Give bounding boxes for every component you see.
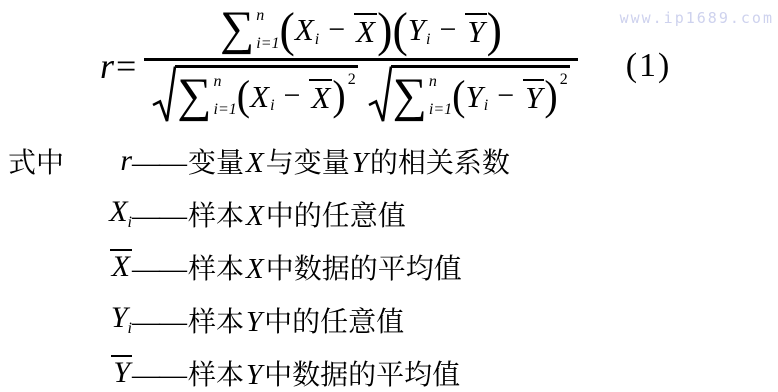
desc-part: 中数据的平均值 [266, 254, 462, 285]
subscript-i: i [315, 31, 319, 49]
variable-y: Y [408, 14, 425, 45]
desc-part: 样本 [188, 201, 244, 232]
desc-variable: X [244, 147, 266, 179]
desc-part: 中数据的平均值 [264, 360, 460, 391]
subscript-i: i [484, 97, 488, 115]
legend-desc: ——样本X中的任意值 [132, 194, 406, 234]
radical-sign-icon [152, 65, 176, 125]
desc-text: 样本X中的任意值 [188, 201, 406, 232]
desc-variable: Y [244, 306, 264, 338]
squared-deviation-y: ( Yi − Y ) 2 [452, 79, 568, 113]
legend-symbol: Yi [111, 301, 132, 338]
summation: ∑ n i=1 [177, 74, 236, 118]
variable-r: r [100, 45, 114, 87]
variable-x: X [356, 14, 375, 49]
desc-part: 与变量 [266, 148, 350, 179]
sigma-symbol: ∑ [177, 75, 211, 117]
legend-dash: —— [132, 148, 186, 179]
exponent-2: 2 [348, 71, 356, 89]
symbol-x: X [109, 195, 127, 228]
factor-x: ( Xi − X ) [280, 13, 393, 47]
legend-intro: 式中 [8, 141, 86, 181]
desc-text: 样本Y中数据的平均值 [188, 360, 460, 391]
radicand-y: ∑ n i=1 ( Yi − Y ) 2 [391, 65, 570, 123]
legend-dash: —— [132, 201, 186, 232]
summation-limits: n i=1 [256, 8, 279, 52]
symbol-y: Y [111, 301, 128, 334]
y-bar: Y [465, 13, 486, 47]
minus-sign: − [497, 81, 514, 111]
variable-x: X [311, 80, 330, 115]
legend-desc: ——样本Y中的任意值 [132, 300, 404, 340]
summation-limits: n i=1 [429, 74, 452, 118]
sqrt-term-x: ∑ n i=1 ( Xi − X ) 2 [152, 65, 357, 125]
minus-sign: − [328, 15, 345, 45]
symbol-legend: 式中 r ——变量X与变量Y的相关系数 Xi ——样本X中的任意值 X ——样本… [8, 134, 510, 392]
desc-text: 样本Y中的任意值 [188, 307, 404, 338]
summation-upper-limit: n [429, 74, 452, 90]
denominator: ∑ n i=1 ( Xi − X ) 2 [144, 58, 577, 125]
desc-variable: Y [350, 147, 370, 179]
legend-dash: —— [132, 360, 186, 391]
legend-dash: —— [132, 307, 186, 338]
legend-row-xbar: X ——样本X中数据的平均值 [8, 240, 510, 293]
document-page: www.ip1689.com r = ∑ n i=1 ( Xi − [0, 0, 778, 392]
radical-sign-icon [368, 65, 392, 125]
legend-desc: ——样本X中数据的平均值 [132, 247, 462, 287]
legend-symbol: r [120, 144, 132, 178]
y-bar: Y [111, 355, 132, 389]
variable-y: Y [525, 80, 542, 115]
variable-x: X [295, 14, 314, 45]
fraction: ∑ n i=1 ( Xi − X ) ( Yi − Y [144, 8, 577, 125]
exponent-2: 2 [560, 71, 568, 89]
summation-upper-limit: n [256, 8, 279, 24]
desc-part: 的相关系数 [370, 148, 510, 179]
symbol-r: r [120, 144, 132, 177]
factor-y: ( Yi − Y ) [392, 13, 502, 47]
variable-y: Y [467, 14, 484, 49]
desc-variable: Y [244, 359, 264, 391]
legend-symbol: Y [111, 355, 132, 390]
desc-text: 变量X与变量Y的相关系数 [188, 148, 510, 179]
equation-number: (1) [626, 47, 672, 85]
x-bar: X [354, 13, 377, 47]
desc-variable: X [244, 253, 266, 285]
summation-lower-limit: i=1 [256, 36, 279, 52]
equals-sign: = [116, 45, 136, 87]
legend-desc: ——样本Y中数据的平均值 [132, 353, 460, 392]
sigma-symbol: ∑ [393, 75, 427, 117]
summation-lower-limit: i=1 [429, 102, 452, 118]
y-bar: Y [523, 79, 544, 113]
sqrt-term-y: ∑ n i=1 ( Yi − Y ) 2 [368, 65, 570, 125]
summation: ∑ n i=1 [220, 8, 279, 52]
sigma-symbol: ∑ [220, 8, 254, 50]
subscript-i: i [270, 97, 274, 115]
desc-part: 中的任意值 [264, 307, 404, 338]
legend-symbol: X [110, 249, 132, 284]
legend-row-ybar: Y ——样本Y中数据的平均值 [8, 346, 510, 392]
numerator: ∑ n i=1 ( Xi − X ) ( Yi − Y [220, 8, 502, 58]
variable-y: Y [466, 81, 483, 112]
desc-part: 样本 [188, 360, 244, 391]
desc-part: 样本 [188, 307, 244, 338]
radicand-x: ∑ n i=1 ( Xi − X ) 2 [175, 65, 357, 123]
desc-part: 样本 [188, 254, 244, 285]
variable-x: X [250, 81, 269, 112]
summation-limits: n i=1 [214, 74, 237, 118]
x-bar: X [309, 79, 332, 113]
legend-row-r: 式中 r ——变量X与变量Y的相关系数 [8, 134, 510, 187]
symbol-y: Y [113, 356, 130, 389]
legend-row-yi: Yi ——样本Y中的任意值 [8, 293, 510, 346]
x-bar: X [110, 249, 132, 283]
symbol-x: X [112, 250, 130, 283]
minus-sign: − [284, 81, 301, 111]
summation-lower-limit: i=1 [214, 102, 237, 118]
summation-upper-limit: n [214, 74, 237, 90]
correlation-equation: r = ∑ n i=1 ( Xi − X ) [100, 0, 671, 132]
squared-deviation-x: ( Xi − X ) 2 [237, 79, 356, 113]
desc-part: 中的任意值 [266, 201, 406, 232]
subscript-i: i [426, 31, 430, 49]
legend-desc: ——变量X与变量Y的相关系数 [132, 141, 510, 181]
legend-row-xi: Xi ——样本X中的任意值 [8, 187, 510, 240]
desc-part: 变量 [188, 148, 244, 179]
legend-dash: —— [132, 254, 186, 285]
summation: ∑ n i=1 [393, 74, 452, 118]
equation-lhs: r = [100, 45, 136, 87]
legend-symbol: Xi [109, 195, 132, 232]
minus-sign: − [439, 15, 456, 45]
desc-text: 样本X中数据的平均值 [188, 254, 462, 285]
desc-variable: X [244, 200, 266, 232]
